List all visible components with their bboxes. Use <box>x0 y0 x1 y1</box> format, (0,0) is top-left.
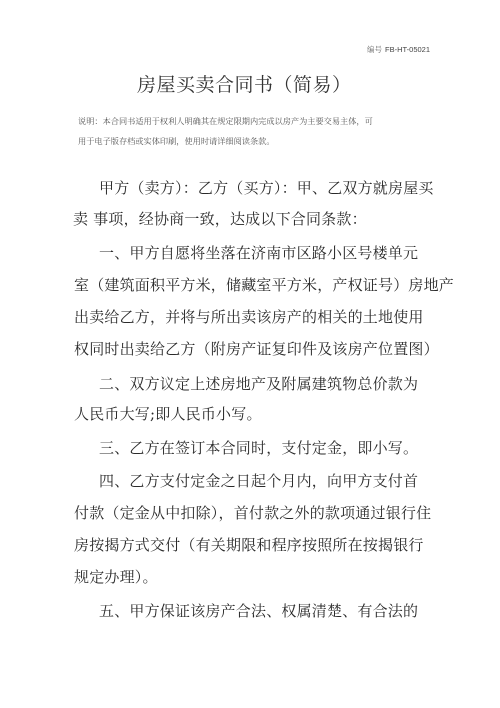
body-line: 甲方（卖方）：乙方（买方）：甲、乙双方就房屋买 <box>99 177 434 198</box>
clause-2: 二、双方议定上述房地产及附属建筑物总价款为 <box>99 373 418 394</box>
body-line: 室（建筑面积平方米，储藏室平方米，产权证号）房地产 <box>74 274 454 295</box>
document-title: 房屋买卖合同书（简易） <box>137 70 352 97</box>
document-number-label: 编号 <box>367 45 382 54</box>
body-line: 卖 事项，经协商一致，达成以下合同条款： <box>73 208 367 229</box>
clause-1: 一、甲方自愿将坐落在济南市区路小区号楼单元 <box>99 242 418 263</box>
body-line: 付款（定金从中扣除），首付款之外的款项通过银行住 <box>74 502 431 523</box>
clause-4: 四、乙方支付定金之日起个月内，向甲方支付首 <box>99 470 418 491</box>
body-line: 权同时出卖给乙方（附房产证复印件及该房产位置图） <box>74 338 439 359</box>
clause-3: 三、乙方在签订本合同时，支付定金，即小写。 <box>99 437 418 458</box>
description-line: 用于电子版存档或实体印刷，使用时请详细阅读条款。 <box>78 131 398 151</box>
description-note: 说明：本合同书适用于权利人明确其在规定限期内完成以房产为主要交易主体，可 用于电… <box>78 111 398 151</box>
description-line: 说明：本合同书适用于权利人明确其在规定限期内完成以房产为主要交易主体，可 <box>78 111 398 131</box>
clause-5: 五、甲方保证该房产合法、权属清楚、有合法的 <box>99 600 418 621</box>
body-line: 出卖给乙方，并将与所出卖该房产的相关的土地使用 <box>74 306 424 327</box>
body-line: 规定办理）。 <box>74 566 158 587</box>
document-number-value: FB-HT-05021 <box>385 45 430 54</box>
body-line: 房按揭方式交付（有关期限和程序按照所在按揭银行 <box>74 534 424 555</box>
document-number: 编号FB-HT-05021 <box>367 44 430 55</box>
body-line: 人民币大写;即人民币小写。 <box>74 403 262 424</box>
